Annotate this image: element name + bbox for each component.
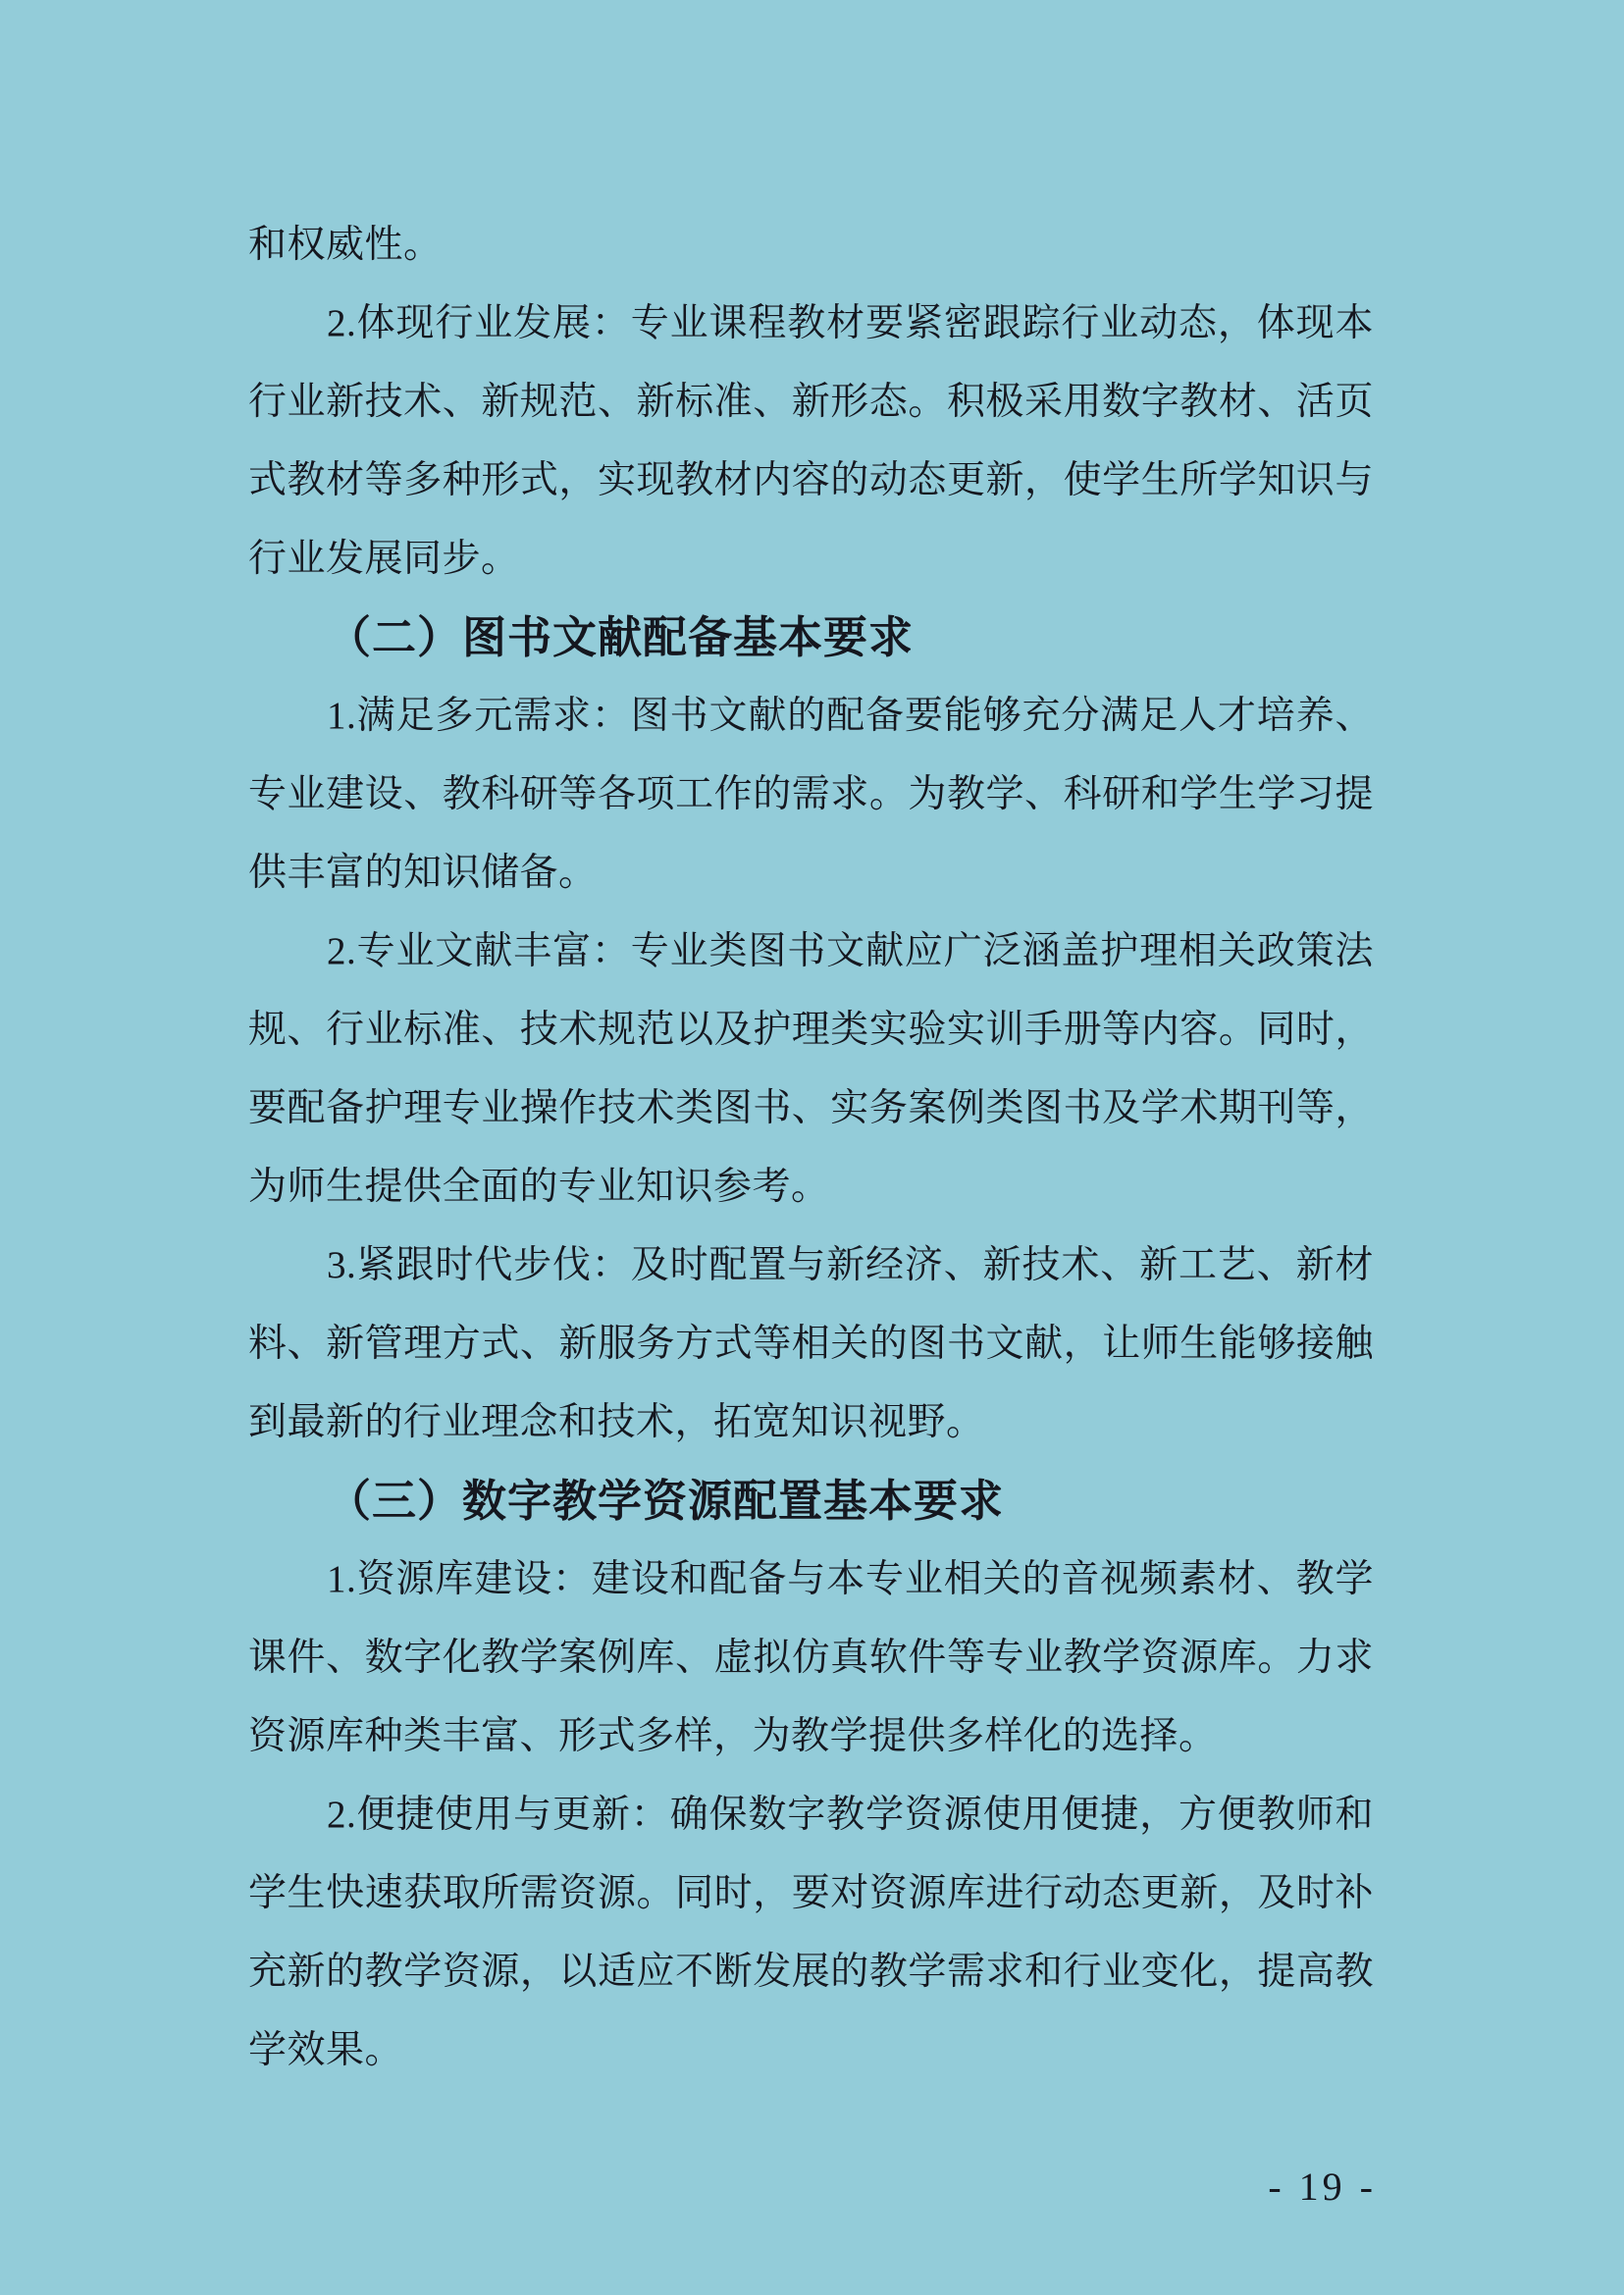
text-line: 行业新技术、新规范、新标准、新形态。积极采用数字教材、活页 <box>248 363 1374 442</box>
text-line: 料、新管理方式、新服务方式等相关的图书文献，让师生能够接触 <box>248 1305 1374 1383</box>
paragraph: 和权威性。 <box>248 206 1374 285</box>
paragraph: 2.专业文献丰富：专业类图书文献应广泛涵盖护理相关政策法规、行业标准、技术规范以… <box>248 913 1374 1226</box>
text-line: 2.便捷使用与更新：确保数字教学资源使用便捷，方便教师和 <box>248 1776 1374 1854</box>
text-line: 式教材等多种形式，实现教材内容的动态更新，使学生所学知识与 <box>248 442 1374 520</box>
paragraph: 2.体现行业发展：专业课程教材要紧密跟踪行业动态，体现本行业新技术、新规范、新标… <box>248 285 1374 599</box>
text-line: 要配备护理专业操作技术类图书、实务案例类图书及学术期刊等， <box>248 1069 1374 1148</box>
text-line: 为师生提供全面的专业知识参考。 <box>248 1148 1374 1226</box>
document-page: 和权威性。2.体现行业发展：专业课程教材要紧密跟踪行业动态，体现本行业新技术、新… <box>0 0 1624 2295</box>
text-line: 1.资源库建设：建设和配备与本专业相关的音视频素材、教学 <box>248 1540 1374 1619</box>
paragraph: 1.资源库建设：建设和配备与本专业相关的音视频素材、教学课件、数字化教学案例库、… <box>248 1540 1374 1776</box>
paragraph: 3.紧跟时代步伐：及时配置与新经济、新技术、新工艺、新材料、新管理方式、新服务方… <box>248 1226 1374 1462</box>
document-body: 和权威性。2.体现行业发展：专业课程教材要紧密跟踪行业动态，体现本行业新技术、新… <box>248 206 1374 2090</box>
section-heading: （二）图书文献配备基本要求 <box>248 599 1374 677</box>
text-line: 1.满足多元需求：图书文献的配备要能够充分满足人才培养、 <box>248 677 1374 756</box>
text-line: 学生快速获取所需资源。同时，要对资源库进行动态更新，及时补 <box>248 1854 1374 1933</box>
text-line: 和权威性。 <box>248 206 1374 285</box>
text-line: 到最新的行业理念和技术，拓宽知识视野。 <box>248 1383 1374 1462</box>
text-line: 规、行业标准、技术规范以及护理类实验实训手册等内容。同时， <box>248 991 1374 1069</box>
heading-line: （三）数字教学资源配置基本要求 <box>248 1462 1374 1540</box>
text-line: 供丰富的知识储备。 <box>248 834 1374 913</box>
text-line: 3.紧跟时代步伐：及时配置与新经济、新技术、新工艺、新材 <box>248 1226 1374 1305</box>
text-line: 充新的教学资源，以适应不断发展的教学需求和行业变化，提高教 <box>248 1933 1374 2011</box>
text-line: 2.专业文献丰富：专业类图书文献应广泛涵盖护理相关政策法 <box>248 913 1374 991</box>
text-line: 学效果。 <box>248 2011 1374 2090</box>
page-number: - 19 - <box>1268 2165 1377 2210</box>
text-line: 行业发展同步。 <box>248 520 1374 599</box>
heading-line: （二）图书文献配备基本要求 <box>248 599 1374 677</box>
paragraph: 1.满足多元需求：图书文献的配备要能够充分满足人才培养、专业建设、教科研等各项工… <box>248 677 1374 913</box>
text-line: 2.体现行业发展：专业课程教材要紧密跟踪行业动态，体现本 <box>248 285 1374 363</box>
section-heading: （三）数字教学资源配置基本要求 <box>248 1462 1374 1540</box>
paragraph: 2.便捷使用与更新：确保数字教学资源使用便捷，方便教师和学生快速获取所需资源。同… <box>248 1776 1374 2090</box>
text-line: 专业建设、教科研等各项工作的需求。为教学、科研和学生学习提 <box>248 756 1374 834</box>
text-line: 资源库种类丰富、形式多样，为教学提供多样化的选择。 <box>248 1697 1374 1776</box>
text-line: 课件、数字化教学案例库、虚拟仿真软件等专业教学资源库。力求 <box>248 1619 1374 1697</box>
